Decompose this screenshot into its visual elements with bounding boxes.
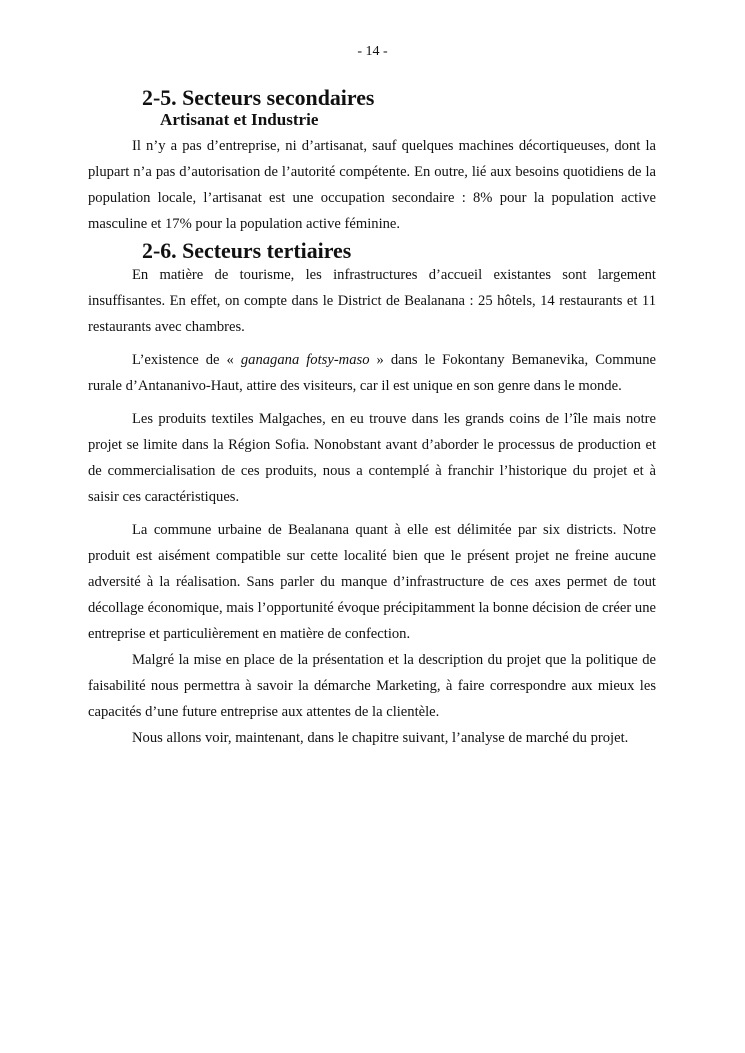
paragraph-existence: L’existence de « ganagana fotsy-maso » d… xyxy=(88,347,656,399)
paragraph-artisanat: Il n’y a pas d’entreprise, ni d’artisana… xyxy=(88,133,656,237)
section-heading-secondary: 2-5. Secteurs secondaires xyxy=(88,87,656,109)
section-heading-tertiary: 2-6. Secteurs tertiaires xyxy=(88,240,656,262)
page-content: 2-5. Secteurs secondaires Artisanat et I… xyxy=(88,87,656,751)
paragraph-conclusion: Nous allons voir, maintenant, dans le ch… xyxy=(88,725,656,751)
page-number: - 14 - xyxy=(0,43,745,61)
paragraph-commune: La commune urbaine de Bealanana quant à … xyxy=(88,517,656,647)
subsection-heading-artisanat: Artisanat et Industrie xyxy=(88,109,656,131)
existence-text-italic: ganagana fotsy-maso xyxy=(241,352,370,368)
paragraph-tourisme: En matière de tourisme, les infrastructu… xyxy=(88,262,656,340)
paragraph-textiles: Les produits textiles Malgaches, en eu t… xyxy=(88,406,656,510)
existence-text-before: L’existence de « xyxy=(132,352,241,368)
paragraph-malgre: Malgré la mise en place de la présentati… xyxy=(88,647,656,725)
